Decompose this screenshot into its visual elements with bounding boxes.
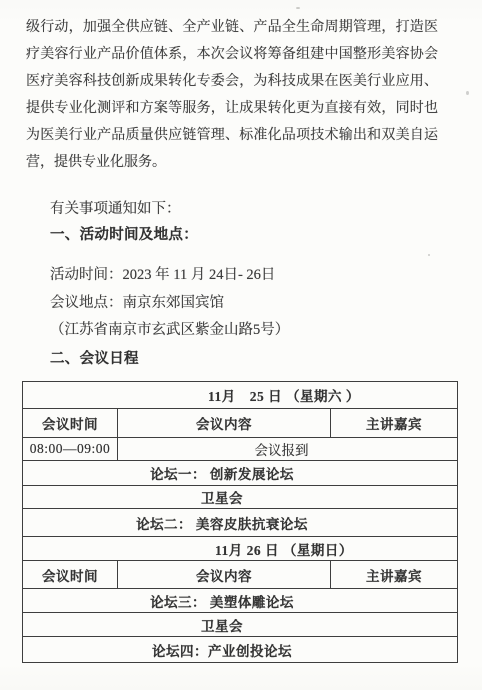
schedule-table: 11月 25 日 （星期六 ） 会议时间 会议内容 主讲嘉宾 08:00—09:… [22,381,458,663]
event-time-line: 活动时间：2023 年 11 月 24日- 26日 [50,262,275,289]
scanned-notice-page: 级行动，加强全供应链、全产业链、产品全生命周期管理，打造医 疗美容行业产品价值体… [0,0,482,690]
forum2-cell: 论坛二： 美容皮肤抗衰论坛 [23,509,458,537]
day2-date-header: 11月 26 日 （星期日） [23,537,458,561]
paragraph-line: 营，提供专业化服务。 [26,149,438,176]
venue-address-line: （江苏省南京市玄武区紫金山路5号） [50,317,289,344]
section-one-heading: 一、活动时间及地点： [50,222,198,249]
column-header-speaker: 主讲嘉宾 [331,409,458,438]
paragraph-line: 医疗美容科技创新成果转化专委会，为科技成果在医美行业应用、 [26,68,438,95]
column-header-time: 会议时间 [23,561,118,589]
column-header-content: 会议内容 [118,409,331,438]
paragraph-line: 为医美行业产品质量供应链管理、标准化品项技术输出和双美自运 [26,122,438,149]
column-header-content: 会议内容 [118,561,331,589]
forum1-cell: 论坛一： 创新发展论坛 [23,461,458,486]
scan-speck [428,254,430,256]
day1-satellite-cell: 卫星会 [23,486,458,509]
body-paragraph: 级行动，加强全供应链、全产业链、产品全生命周期管理，打造医 疗美容行业产品价值体… [26,14,438,176]
registration-label-cell: 会议报到 [118,438,458,461]
venue-line: 会议地点：南京东郊国宾馆 [50,290,224,317]
day2-satellite-cell: 卫星会 [23,613,458,637]
forum4-cell: 论坛四：产业创投论坛 [23,637,458,663]
paragraph-line: 疗美容行业产品价值体系，本次会议将筹备组建中国整形美容协会 [26,41,438,68]
paragraph-line: 级行动，加强全供应链、全产业链、产品全生命周期管理，打造医 [26,14,438,41]
day1-date-header: 11月 25 日 （星期六 ） [23,382,458,409]
forum3-cell: 论坛三： 美塑体雕论坛 [23,589,458,613]
paragraph-line: 提供专业化测评和方案等服务，让成果转化更为直接有效，同时也 [26,95,438,122]
scan-speck [296,7,300,9]
registration-time-cell: 08:00—09:00 [23,438,118,461]
notice-line: 有关事项通知如下： [50,196,181,223]
column-header-time: 会议时间 [23,409,118,438]
scan-speck [466,91,469,95]
section-two-heading: 二、会议日程 [50,346,139,373]
column-header-speaker: 主讲嘉宾 [331,561,458,589]
